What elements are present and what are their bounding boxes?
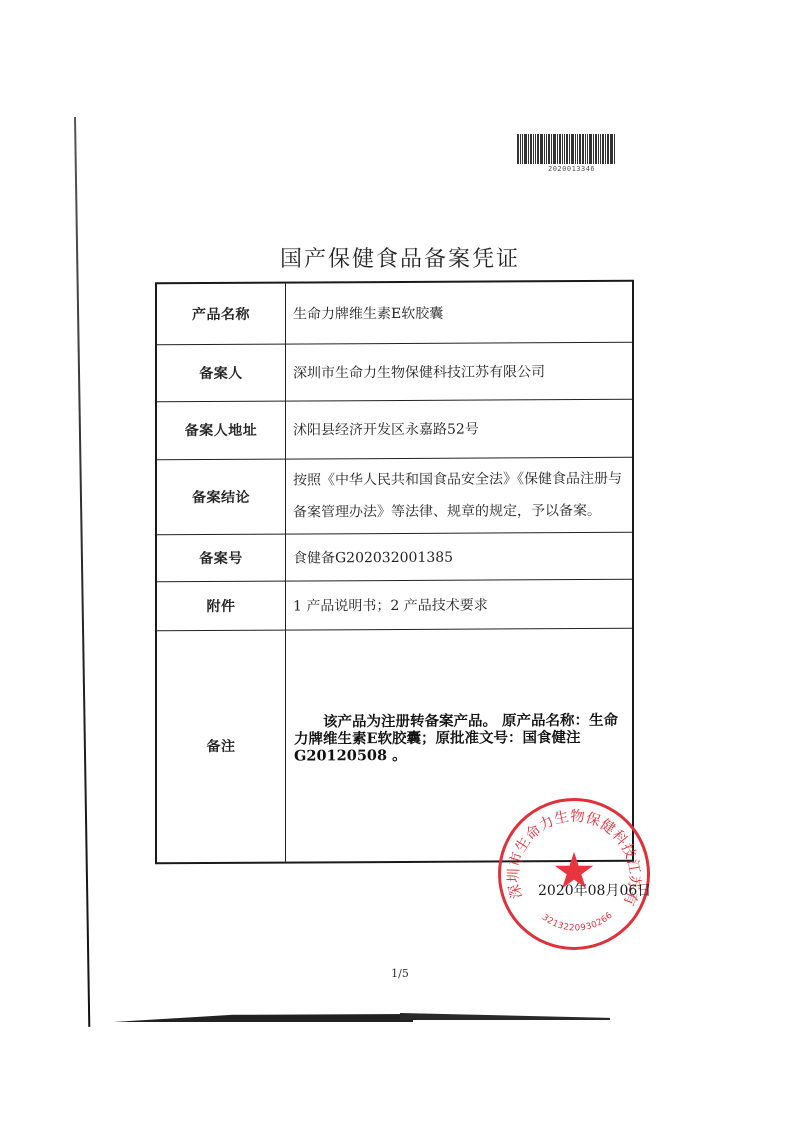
table-row-conclusion: 备案结论 按照《中华人民共和国食品安全法》《保健食品注册与备案管理办法》等法律、…: [157, 457, 632, 535]
label-conclusion: 备案结论: [157, 459, 286, 535]
value-filer-address: 沭阳县经济开发区永嘉路52号: [286, 399, 632, 459]
label-attachments: 附件: [157, 581, 286, 631]
table-row-filer: 备案人 深圳市生命力生物保健科技江苏有限公司: [157, 342, 632, 402]
value-conclusion: 按照《中华人民共和国食品安全法》《保健食品注册与备案管理办法》等法律、规章的规定…: [286, 457, 632, 534]
value-product-name: 生命力牌维生素E软胶囊: [286, 282, 632, 344]
label-product-name: 产品名称: [157, 284, 286, 345]
value-attachments: 1 产品说明书；2 产品技术要求: [286, 579, 632, 630]
label-filer: 备案人: [157, 344, 286, 402]
table-row-filing-number: 备案号 食健备G202032001385: [157, 532, 632, 582]
table-row-filer-address: 备案人地址 沭阳县经济开发区永嘉路52号: [157, 399, 632, 460]
svg-text:3213220930266: 3213220930266: [540, 910, 615, 933]
table-row-attachments: 附件 1 产品说明书；2 产品技术要求: [157, 579, 632, 631]
table-row-product-name: 产品名称 生命力牌维生素E软胶囊: [157, 282, 632, 345]
value-filing-number: 食健备G202032001385: [286, 532, 632, 581]
barcode: [517, 134, 621, 164]
issue-date: 2020年08月06日: [538, 880, 651, 900]
label-notes: 备注: [157, 630, 286, 863]
filing-table: 产品名称 生命力牌维生素E软胶囊 备案人 深圳市生命力生物保健科技江苏有限公司 …: [155, 280, 634, 865]
document-title: 国产保健食品备案凭证: [0, 242, 800, 273]
scan-edge-bottom-right: [400, 1013, 610, 1020]
value-filer: 深圳市生命力生物保健科技江苏有限公司: [286, 342, 632, 401]
barcode-number: 2020013346: [548, 165, 595, 173]
page-number: 1/5: [0, 967, 800, 980]
label-filer-address: 备案人地址: [157, 401, 286, 460]
company-seal: 深圳市生命力生物保健科技江苏有限公司 3213220930266 ★: [498, 798, 650, 950]
label-filing-number: 备案号: [157, 534, 286, 582]
scan-edge-bottom: [113, 1014, 413, 1022]
